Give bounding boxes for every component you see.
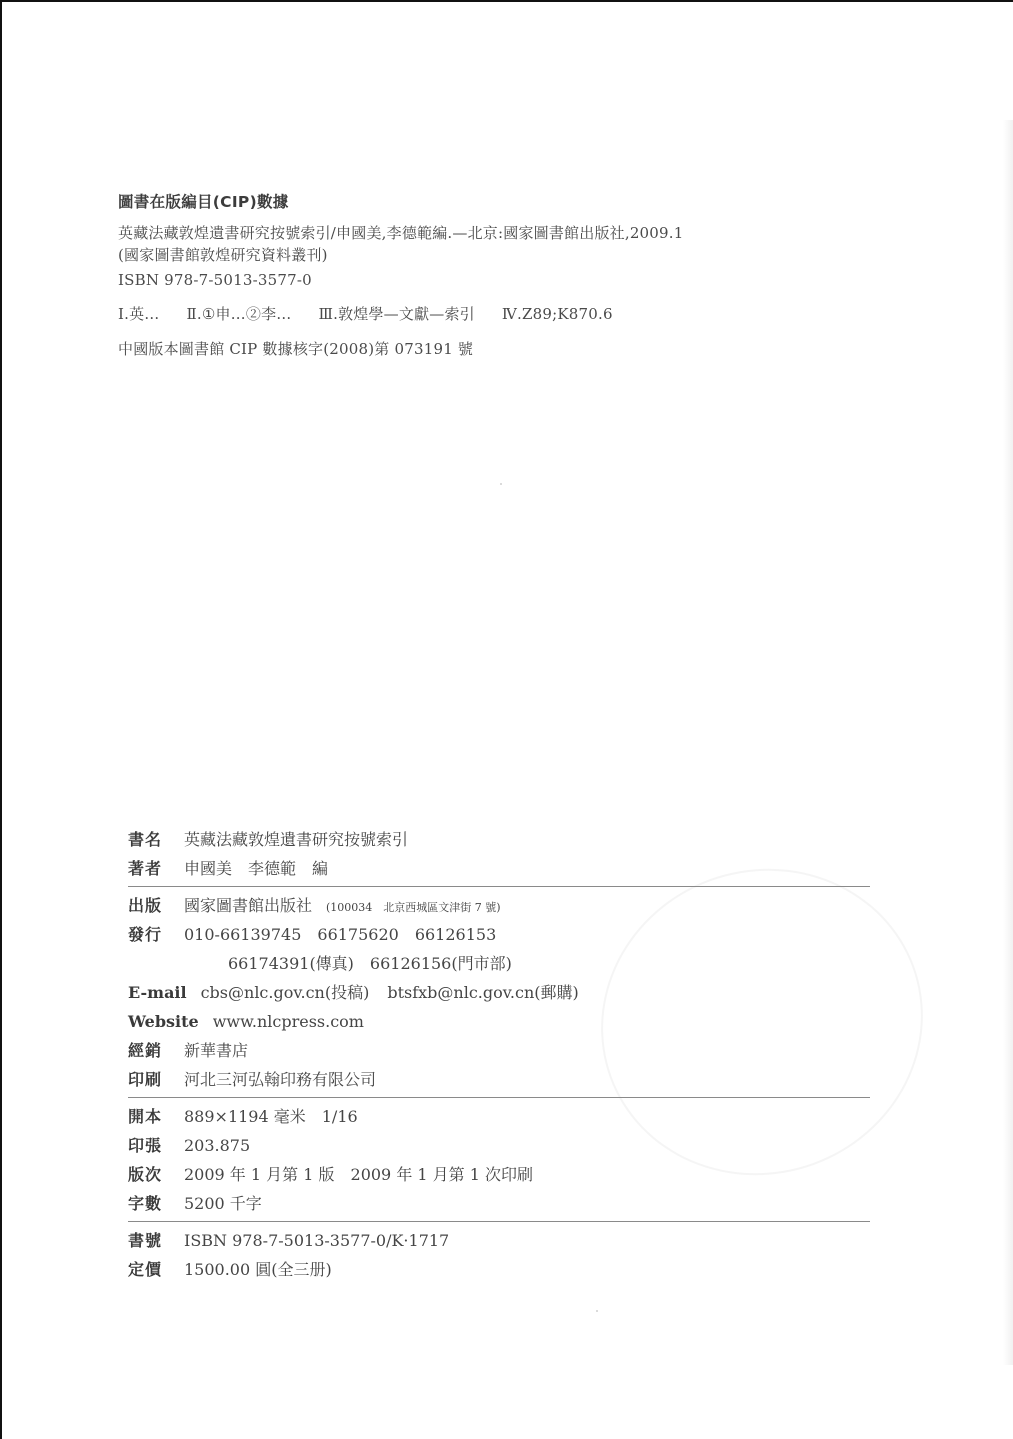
- scan-speck: [596, 1310, 598, 1312]
- classification-3: Ⅲ.敦煌學—文獻—索引: [318, 305, 474, 323]
- label-dealer: 經銷: [128, 1036, 184, 1065]
- cip-citation: 英藏法藏敦煌遺書研究按號索引/申國美,李德範編.—北京:國家圖書館出版社,200…: [118, 222, 878, 244]
- label-book-number: 書號: [128, 1226, 184, 1255]
- value-dealer: 新華書店: [184, 1036, 248, 1065]
- colophon-block: 書名 英藏法藏敦煌遺書研究按號索引 著者 申國美 李德範 編 出版 國家圖書館出…: [128, 825, 870, 1284]
- label-price: 定價: [128, 1255, 184, 1284]
- label-distribution: 發行: [128, 920, 184, 949]
- value-publisher: 國家圖書館出版社: [184, 891, 312, 920]
- cip-data-block: 圖書在版編目(CIP)數據 英藏法藏敦煌遺書研究按號索引/申國美,李德範編.—北…: [118, 190, 878, 364]
- label-authors: 著者: [128, 854, 184, 883]
- value-authors: 申國美 李德範 編: [184, 854, 328, 883]
- label-edition: 版次: [128, 1160, 184, 1189]
- value-website: www.nlcpress.com: [213, 1007, 364, 1036]
- value-book-number: ISBN 978-7-5013-3577-0/K·1717: [184, 1226, 449, 1255]
- value-printer: 河北三河弘翰印務有限公司: [184, 1065, 376, 1094]
- classification-1: Ⅰ.英…: [118, 305, 160, 323]
- value-email-orders: btsfxb@nlc.gov.cn(郵購): [387, 978, 578, 1007]
- row-sheets: 印張 203.875: [128, 1131, 870, 1160]
- row-distribution: 發行 010-66139745 66175620 66126153: [128, 920, 870, 949]
- value-word-count: 5200 千字: [184, 1189, 262, 1218]
- label-email: E-mail: [128, 978, 187, 1007]
- publisher-address: (100034 北京西城區文津街 7 號): [326, 893, 501, 922]
- label-word-count: 字數: [128, 1189, 184, 1218]
- value-price: 1500.00 圓(全三册): [184, 1255, 332, 1284]
- row-publisher: 出版 國家圖書館出版社 (100034 北京西城區文津街 7 號): [128, 891, 870, 920]
- row-book-title: 書名 英藏法藏敦煌遺書研究按號索引: [128, 825, 870, 854]
- classification-4: Ⅳ.Z89;K870.6: [502, 305, 613, 323]
- classification-2: Ⅱ.①申…②李…: [186, 305, 291, 323]
- scan-border-top: [0, 0, 1013, 2]
- cip-series: (國家圖書館敦煌研究資料叢刊): [118, 244, 878, 266]
- row-printer: 印刷 河北三河弘翰印務有限公司: [128, 1065, 870, 1094]
- scan-edge-shadow: [1003, 120, 1013, 1365]
- value-phones-2: 66174391(傳真) 66126156(門市部): [228, 949, 512, 978]
- value-book-title: 英藏法藏敦煌遺書研究按號索引: [184, 825, 408, 854]
- cip-title: 圖書在版編目(CIP)數據: [118, 190, 878, 214]
- value-phones-1: 010-66139745 66175620 66126153: [184, 920, 496, 949]
- row-format: 開本 889×1194 毫米 1/16: [128, 1102, 870, 1131]
- row-price: 定價 1500.00 圓(全三册): [128, 1255, 870, 1284]
- cip-isbn: ISBN 978-7-5013-3577-0: [118, 266, 878, 294]
- scan-border-left: [0, 0, 2, 1439]
- label-book-title: 書名: [128, 825, 184, 854]
- scan-speck: [500, 483, 502, 485]
- divider-2: [128, 1097, 870, 1098]
- divider-3: [128, 1221, 870, 1222]
- value-sheets: 203.875: [184, 1131, 250, 1160]
- value-email-submissions: cbs@nlc.gov.cn(投稿): [201, 978, 370, 1007]
- row-edition: 版次 2009 年 1 月第 1 版 2009 年 1 月第 1 次印刷: [128, 1160, 870, 1189]
- row-word-count: 字數 5200 千字: [128, 1189, 870, 1218]
- label-publisher: 出版: [128, 891, 184, 920]
- row-website: Website www.nlcpress.com: [128, 1007, 870, 1036]
- row-authors: 著者 申國美 李德範 編: [128, 854, 870, 883]
- row-dealer: 經銷 新華書店: [128, 1036, 870, 1065]
- label-website: Website: [128, 1007, 199, 1036]
- row-email: E-mail cbs@nlc.gov.cn(投稿) btsfxb@nlc.gov…: [128, 978, 870, 1007]
- cip-classification: Ⅰ.英… Ⅱ.①申…②李… Ⅲ.敦煌學—文獻—索引 Ⅳ.Z89;K870.6: [118, 296, 878, 332]
- cip-number: 中國版本圖書館 CIP 數據核字(2008)第 073191 號: [118, 334, 878, 364]
- value-edition: 2009 年 1 月第 1 版 2009 年 1 月第 1 次印刷: [184, 1160, 533, 1189]
- row-book-number: 書號 ISBN 978-7-5013-3577-0/K·1717: [128, 1226, 870, 1255]
- divider-1: [128, 886, 870, 887]
- label-sheets: 印張: [128, 1131, 184, 1160]
- row-distribution-cont: 66174391(傳真) 66126156(門市部): [128, 949, 870, 978]
- label-printer: 印刷: [128, 1065, 184, 1094]
- label-format: 開本: [128, 1102, 184, 1131]
- value-format: 889×1194 毫米 1/16: [184, 1102, 358, 1131]
